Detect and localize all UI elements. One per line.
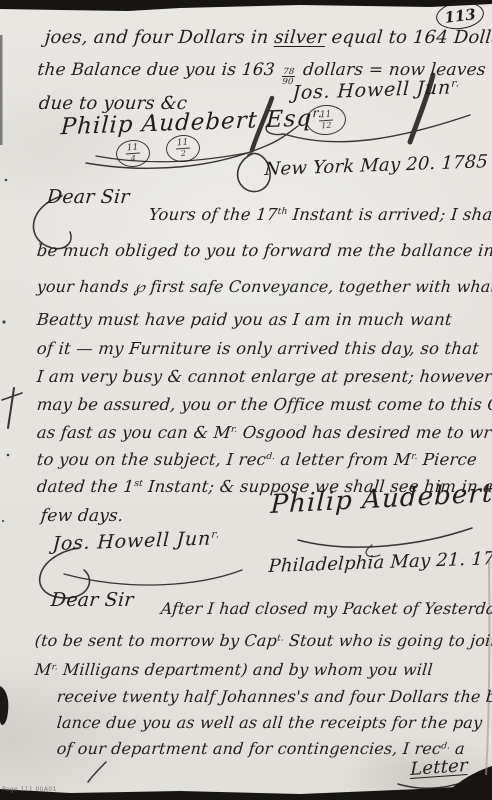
text-run: M xyxy=(34,660,52,679)
scanned-letter-page: 113 joes, and four Dollars in silver equ… xyxy=(0,0,492,800)
text-run: Dear Sir xyxy=(46,186,131,208)
body2-line-1: After I had closed my Packet of Yesterda… xyxy=(160,600,492,618)
text-run: your hands ℘ first safe Conveyance, toge… xyxy=(36,277,492,296)
text-run: be much obliged to you to forward me the… xyxy=(36,241,492,260)
text-run: Milligans department) and by whom you wi… xyxy=(57,660,434,679)
text-run: lance due you as well as all the receipt… xyxy=(56,713,483,732)
text-run: New York May 20. 1785 xyxy=(264,151,489,180)
body1-line-2: be much obliged to you to forward me the… xyxy=(36,242,492,260)
text-run: silver xyxy=(274,27,327,48)
howell-signature-top: Jos. Howell Junr. xyxy=(292,77,460,104)
scan-left-edge-line xyxy=(0,35,3,145)
text-run: few days. xyxy=(40,506,124,526)
body1-line-8: as fast as you can & Mr. Osgood has desi… xyxy=(36,424,492,442)
body1-line-4: Beatty must have paid you as I am in muc… xyxy=(36,311,453,329)
text-run: dollars = now leaves xyxy=(297,60,492,80)
body1-line-7: may be assured, you or the Office must c… xyxy=(36,396,492,414)
text-run: may be assured, you or the Office must c… xyxy=(36,395,492,414)
margin-mark-vertical xyxy=(8,388,14,428)
dateline-philadelphia: Philadelphia May 21. 1785 xyxy=(268,548,492,576)
body1-line-9: to you on the subject, I recd. a letter … xyxy=(36,451,478,469)
text-run: Instant is arrived; I shall xyxy=(286,205,492,224)
text-run: Philadelphia May 21. 1785 xyxy=(268,547,492,577)
text-run: dated the 1 xyxy=(36,477,135,496)
body2-line-4: receive twenty half Johannes's and four … xyxy=(56,688,492,706)
text-run: After I had closed my Packet of Yesterda… xyxy=(160,599,492,618)
text-run: to you on the subject, I rec xyxy=(36,450,267,469)
text-run: Jos. Howell Jun xyxy=(292,76,452,104)
text-run: (to be sent to morrow by Cap xyxy=(34,631,278,650)
body1-line-11: few days. xyxy=(40,507,124,526)
text-run: Stout who is going to join xyxy=(283,631,492,650)
howell-signature-2: Jos. Howell Junr. xyxy=(52,528,220,555)
body1-line-5: of it — my Furniture is only arrived thi… xyxy=(36,340,480,358)
text-run: Letter xyxy=(410,755,468,780)
text-run: I am very busy & cannot enlarge at prese… xyxy=(36,367,492,386)
page-number: 113 xyxy=(443,5,476,27)
text-run: equal to 164 Dollars, xyxy=(325,27,492,48)
line-joes-dollars: joes, and four Dollars in silver equal t… xyxy=(44,28,492,48)
margin-mark-cross xyxy=(2,393,22,400)
microfilm-label: Page 111 00A01 xyxy=(2,786,57,793)
text-run: the Balance due you is 163 xyxy=(37,60,282,80)
text-run: Osgood has desired me to write xyxy=(236,423,492,442)
audebert-sig-flourish xyxy=(298,528,472,547)
body2-line-2: (to be sent to morrow by Capt. Stout who… xyxy=(34,632,492,650)
small-stroke-bottom-left xyxy=(88,762,106,782)
text-run: Beatty must have paid you as I am in muc… xyxy=(36,310,453,329)
scan-left-ink-blob xyxy=(0,686,8,725)
text-run: r. xyxy=(211,528,220,540)
body2-line-5: lance due you as well as all the receipt… xyxy=(56,714,483,732)
salutation-1: Dear Sir xyxy=(46,187,130,208)
catchword-letter: Letter xyxy=(410,756,468,780)
text-run: of our department and for contingencies,… xyxy=(56,739,442,758)
text-run: Jos. Howell Jun xyxy=(52,527,212,555)
howell2-line xyxy=(64,570,242,585)
salutation-2: Dear Sir xyxy=(50,590,134,611)
body2-line-3: Mr. Milligans department) and by whom yo… xyxy=(34,661,433,679)
text-run: a letter from M xyxy=(274,450,412,469)
page-curl-shadow xyxy=(486,560,489,775)
body2-line-6: of our department and for contingencies,… xyxy=(56,740,466,758)
scan-edge-bottom xyxy=(0,785,492,800)
body1-line-1: Yours of the 17th Instant is arrived; I … xyxy=(148,206,492,224)
clerk-mark-2: 114 xyxy=(115,139,151,168)
text-run: Yours of the 17 xyxy=(148,205,278,224)
scan-edge-top xyxy=(0,0,492,11)
text-run: as fast as you can & M xyxy=(36,423,232,442)
text-run: Pierce xyxy=(417,450,478,469)
text-run: joes, and four Dollars in xyxy=(44,27,275,48)
text-run: of it — my Furniture is only arrived thi… xyxy=(36,339,480,358)
text-run: Dear Sir xyxy=(50,589,135,611)
body1-line-3: your hands ℘ first safe Conveyance, toge… xyxy=(36,278,492,296)
body1-line-6: I am very busy & cannot enlarge at prese… xyxy=(36,368,492,386)
text-run: r. xyxy=(451,77,460,89)
clerk-mark-3: 112 xyxy=(165,134,201,163)
dateline-new-york: New York May 20. 1785 xyxy=(264,152,489,180)
text-run: receive twenty half Johannes's and four … xyxy=(56,687,492,706)
